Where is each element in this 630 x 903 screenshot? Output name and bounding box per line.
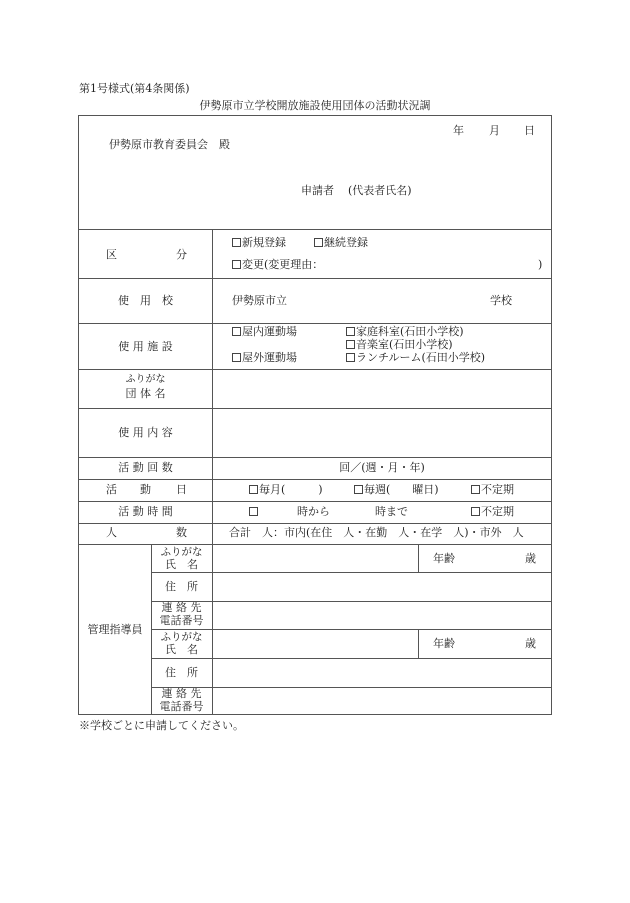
supervisor-1-contact-label-2: 電話番号 — [151, 615, 212, 628]
checkbox-icon[interactable] — [232, 327, 241, 336]
people-label-right: 数 — [176, 527, 187, 540]
row-divider — [79, 544, 552, 545]
row-divider — [79, 229, 552, 230]
people-count-value[interactable]: 合計 人：市内(在住 人・在勤 人・在学 人)・市外 人 — [229, 527, 524, 540]
people-label-left: 人 — [106, 527, 117, 540]
time-from-label: 時から — [297, 506, 330, 519]
school-suffix: 学校 — [490, 295, 512, 308]
activity-day-label-left: 活 — [106, 484, 117, 497]
category-label-right: 分 — [176, 249, 187, 262]
checkbox-icon[interactable] — [232, 238, 241, 247]
date-year-label: 年 — [453, 125, 464, 138]
checkbox-new-registration[interactable]: 新規登録 — [232, 237, 286, 250]
supervisor-1-address-input[interactable] — [214, 574, 550, 600]
time-to-label: 時まで — [375, 506, 408, 519]
supervisor-2-age-unit: 歳 — [525, 638, 536, 651]
row-divider — [79, 278, 552, 279]
supervisor-2-contact-label-1: 連 絡 先 — [151, 688, 212, 701]
addressee: 伊勢原市教育委員会 殿 — [109, 139, 230, 152]
checkbox-icon[interactable] — [471, 507, 480, 516]
group-name-label: 団 体 名 — [79, 388, 212, 401]
supervisor-2-phone-input[interactable] — [214, 689, 550, 714]
application-form-table: 年 月 日 伊勢原市教育委員会 殿 申請者 (代表者氏名) 区 分 新規登録 継… — [78, 115, 552, 715]
supervisor-2-address-label: 住 所 — [151, 667, 212, 680]
checkbox-weekly[interactable]: 毎週( 曜日) — [354, 484, 439, 497]
applicant-note: (代表者氏名) — [348, 185, 412, 198]
supervisor-1-name-label: 氏 名 — [151, 559, 212, 572]
checkbox-change[interactable]: 変更(変更理由： — [232, 259, 323, 272]
checkbox-icon[interactable] — [471, 485, 480, 494]
school-name-input[interactable] — [291, 292, 481, 308]
supervisor-1-name-input[interactable] — [214, 546, 416, 571]
row-divider — [79, 523, 552, 524]
checkbox-outdoor-field[interactable]: 屋外運動場 — [232, 352, 297, 365]
close-paren: ) — [538, 259, 542, 272]
checkbox-icon[interactable] — [232, 260, 241, 269]
checkbox-icon[interactable] — [346, 327, 355, 336]
column-divider — [418, 629, 419, 658]
supervisor-1-phone-input[interactable] — [214, 603, 550, 628]
activity-time-label: 活 動 時 間 — [79, 506, 212, 519]
checkbox-irregular-day[interactable]: 不定期 — [471, 484, 514, 497]
supervisor-2-name-input[interactable] — [214, 631, 416, 657]
checkbox-lunch-room[interactable]: ランチルーム(石田小学校) — [346, 352, 485, 365]
document-title: 伊勢原市立学校開放施設使用団体の活動状況調 — [0, 100, 630, 111]
category-label-left: 区 — [106, 249, 117, 262]
checkbox-icon[interactable] — [249, 485, 258, 494]
supervisor-1-age-label: 年齢 — [433, 553, 455, 566]
checkbox-icon[interactable] — [346, 353, 355, 362]
checkbox-icon[interactable] — [249, 507, 258, 516]
date-day-label: 日 — [524, 125, 535, 138]
usage-input[interactable] — [214, 410, 550, 456]
supervisor-2-contact-label-2: 電話番号 — [151, 701, 212, 714]
change-reason-input[interactable] — [325, 257, 525, 271]
school-label: 使 用 校 — [79, 295, 212, 308]
checkbox-continue-registration[interactable]: 継続登録 — [314, 237, 368, 250]
date-month-label: 月 — [489, 125, 500, 138]
activity-day-label-right: 日 — [176, 484, 187, 497]
checkbox-time[interactable] — [249, 506, 259, 519]
row-divider — [79, 457, 552, 458]
supervisor-group-label: 管理指導員 — [79, 624, 151, 637]
supervisor-2-address-input[interactable] — [214, 660, 550, 686]
supervisor-2-furigana: ふりがな — [151, 631, 212, 643]
activity-day-label-mid: 動 — [140, 484, 151, 497]
group-name-input[interactable] — [214, 371, 550, 407]
checkbox-indoor-gym[interactable]: 屋内運動場 — [232, 326, 297, 339]
school-prefix: 伊勢原市立 — [232, 295, 287, 308]
usage-label: 使 用 内 容 — [79, 427, 212, 440]
checkbox-icon[interactable] — [232, 353, 241, 362]
supervisor-1-furigana: ふりがな — [151, 546, 212, 558]
activity-count-value[interactable]: 回／(週・月・年) — [212, 462, 552, 475]
checkbox-irregular-time[interactable]: 不定期 — [471, 506, 514, 519]
row-divider — [79, 408, 552, 409]
footnote: ※学校ごとに申請してください。 — [79, 720, 244, 731]
facility-label: 使 用 施 設 — [79, 341, 212, 354]
applicant-label: 申請者 — [301, 185, 334, 198]
row-divider — [79, 479, 552, 480]
checkbox-icon[interactable] — [354, 485, 363, 494]
checkbox-icon[interactable] — [314, 238, 323, 247]
checkbox-home-economics-room[interactable]: 家庭科室(石田小学校) — [346, 326, 464, 339]
activity-count-label: 活 動 回 数 — [79, 462, 212, 475]
checkbox-music-room[interactable]: 音楽室(石田小学校) — [346, 339, 453, 352]
supervisor-2-name-label: 氏 名 — [151, 644, 212, 657]
row-divider — [79, 501, 552, 502]
row-divider — [79, 323, 552, 324]
row-divider — [79, 369, 552, 370]
supervisor-2-age-label: 年齢 — [433, 638, 455, 651]
supervisor-1-contact-label-1: 連 絡 先 — [151, 602, 212, 615]
checkbox-monthly[interactable]: 毎月( ) — [249, 484, 323, 497]
checkbox-icon[interactable] — [346, 340, 355, 349]
supervisor-1-age-unit: 歳 — [525, 553, 536, 566]
form-number: 第1号様式(第4条関係) — [79, 83, 190, 94]
group-name-furigana: ふりがな — [79, 374, 212, 386]
column-divider — [418, 544, 419, 572]
supervisor-1-address-label: 住 所 — [151, 581, 212, 594]
